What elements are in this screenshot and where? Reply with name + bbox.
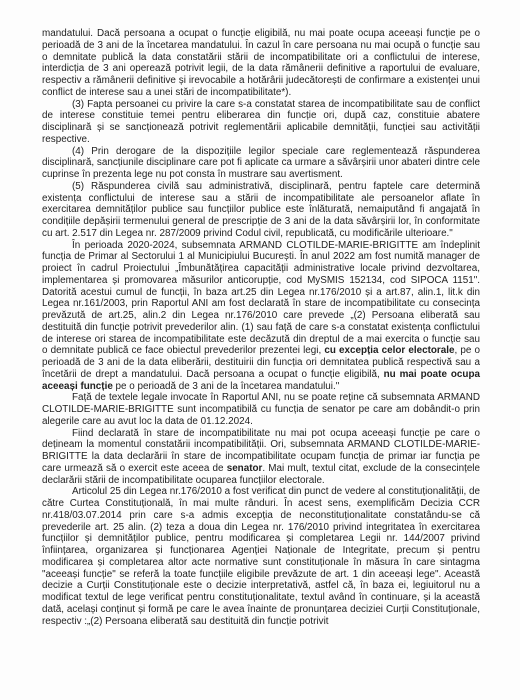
text-segment: Articolul 25 din Legea nr.176/2010 a fos… xyxy=(42,486,480,626)
document-page: mandatului. Dacă persoana a ocupat o fun… xyxy=(0,0,520,700)
bold-text-segment: senator xyxy=(227,463,263,474)
paragraph: Articolul 25 din Legea nr.176/2010 a fos… xyxy=(42,486,480,627)
text-segment: (5) Răspunderea civilă sau administrativ… xyxy=(42,181,480,239)
paragraph: (4) Prin derogare de la dispozițiile leg… xyxy=(42,146,480,181)
bold-text-segment: cu excepția celor electorale xyxy=(324,345,454,356)
text-segment: mandatului. Dacă persoana a ocupat o fun… xyxy=(42,28,480,98)
paragraph: Fiind declarată în stare de incompatibil… xyxy=(42,428,480,487)
paragraph: În perioada 2020-2024, subsemnata ARMAND… xyxy=(42,240,480,393)
document-body: mandatului. Dacă persoana a ocupat o fun… xyxy=(42,28,480,627)
text-segment: În perioada 2020-2024, subsemnata ARMAND… xyxy=(42,240,480,357)
text-segment: (3) Fapta persoanei cu privire la care s… xyxy=(42,99,480,145)
paragraph: Față de textele legale invocate în Rapor… xyxy=(42,392,480,427)
paragraph: mandatului. Dacă persoana a ocupat o fun… xyxy=(42,28,480,99)
text-segment: Față de textele legale invocate în Rapor… xyxy=(42,392,480,427)
paragraph: (3) Fapta persoanei cu privire la care s… xyxy=(42,99,480,146)
text-segment: (4) Prin derogare de la dispozițiile leg… xyxy=(42,146,480,181)
paragraph: (5) Răspunderea civilă sau administrativ… xyxy=(42,181,480,240)
text-segment: pe o perioadă de 3 ani de la încetarea m… xyxy=(113,381,339,392)
